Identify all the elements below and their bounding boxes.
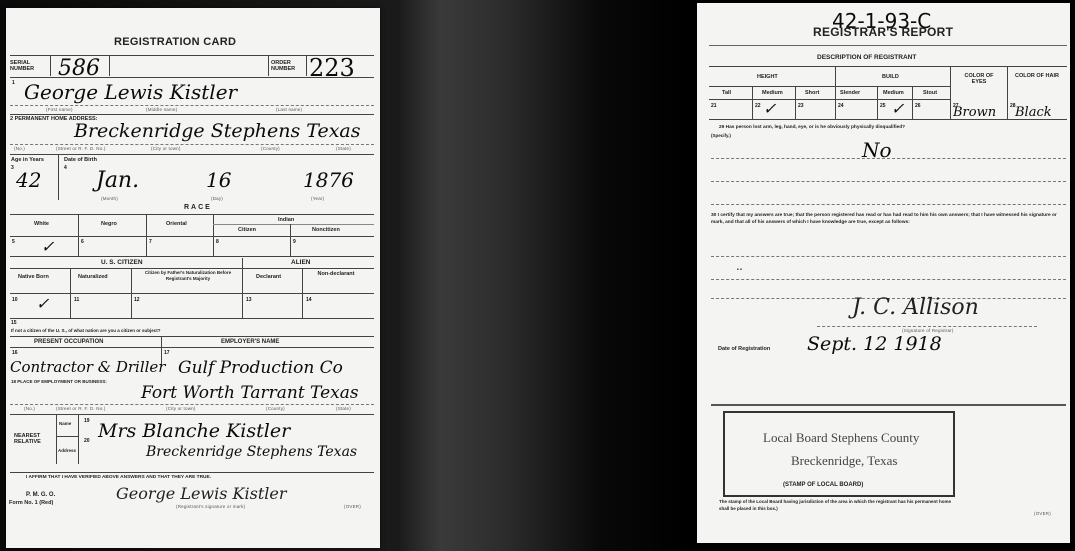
alien-col-declarant: Declarant [256,274,281,280]
sublabel: (No.) [14,146,25,151]
relative-address-label: Address [58,448,76,454]
field-number: 16 [12,350,18,356]
field30-certification: 30 I certify that my answers are true; t… [711,212,1063,226]
dob-year: 1876 [303,168,354,192]
citizen-col-naturalized: Naturalized [78,274,108,280]
registrant-signature: George Lewis Kistler [116,484,286,503]
field-number: 9 [293,239,296,245]
build-header: BUILD [882,74,899,80]
field-number: 25 [880,103,886,109]
sublabel: (City or town) [151,146,181,151]
sublabel: (Month) [101,196,118,201]
eye-color-value: Brown [953,105,996,120]
stamp-note: The stamp of the Local Board having juri… [719,498,959,512]
stamp-line1: Local Board Stephens County [763,430,919,446]
height-medium-check: ✓ [763,99,776,118]
field-number: 13 [246,297,252,303]
race-col-noncitizen: Noncitizen [312,227,340,233]
card-title: REGISTRATION CARD [114,36,236,48]
registrant-name: George Lewis Kistler [24,80,237,104]
build-col-stout: Stout [923,90,937,96]
field-number: 26 [915,103,921,109]
field-number: 21 [711,103,717,109]
race-col-indian: Indian [278,217,294,223]
report-title: REGISTRAR'S REPORT [813,25,953,39]
dob-month: Jan. [96,168,139,193]
field-number: 10 [12,297,18,303]
build-col-slender: Slender [840,90,860,96]
field15-label: If not a citizen of the U. S., of what n… [11,328,161,334]
stamp-box: Local Board Stephens County Breckenridge… [723,411,955,497]
height-header: HEIGHT [757,74,778,80]
field-number: 8 [216,239,219,245]
sublabel: (No.) [24,406,35,411]
field-number: 15 [11,320,17,326]
relative-name-label: Name [59,421,71,427]
affirmation: I AFFIRM THAT I HAVE VERIFIED ABOVE ANSW… [26,475,211,481]
field29-question: 29 Has person lost arm, leg, hand, eye, … [719,125,1064,131]
field-number: 24 [838,103,844,109]
build-col-medium: Medium [883,90,904,96]
field18-label: 18 PLACE OF EMPLOYMENT OR BUSINESS: [11,379,107,385]
field-number: 1 [12,80,15,86]
field-number: 3 [11,165,14,171]
build-medium-check: ✓ [891,99,904,118]
registrars-report-card: 42-1-93-C REGISTRAR'S REPORT DESCRIPTION… [697,3,1070,543]
race-col-white: White [34,221,49,227]
native-born-check: ✓ [36,294,49,313]
height-col-medium: Medium [762,90,783,96]
race-col-citizen: Citizen [238,227,256,233]
alien-col-nondeclarant: Non-declarant [316,271,356,277]
race-white-check: ✓ [41,237,54,256]
sublabel: (County) [266,406,285,411]
field-number: 14 [306,297,312,303]
sublabel: (Year) [311,196,324,201]
employer-value: Gulf Production Co [178,358,343,378]
sublabel: (Street or R. F. D. No.) [56,146,106,151]
stamp-line2: Breckenridge, Texas [791,453,897,469]
field-number: 17 [164,350,170,356]
specify-label: (Specify.) [711,133,731,139]
field-number: 20 [84,438,90,444]
sublabel: (Street or R. F. D. No.) [56,406,106,411]
sublabel: (State) [336,146,351,151]
form-id: P. M. G. O. [26,492,55,498]
serial-label: SERIAL NUMBER [10,60,38,72]
sublabel: (Day) [211,196,223,201]
field-number: 23 [798,103,804,109]
field-number: 11 [74,297,79,303]
sublabel: (County) [261,146,280,151]
citizen-col-native: Native Born [18,274,49,280]
order-label: ORDER NUMBER [271,60,305,72]
stamp-caption: (STAMP OF LOCAL BOARD) [783,482,863,488]
sublabel: (Last name) [276,107,302,112]
relative-name: Mrs Blanche Kistler [98,420,290,442]
citizen-col-father: Citizen by Father's Naturalization Befor… [138,270,238,282]
registrar-signature: J. C. Allison [852,295,979,320]
field-number: 22 [755,103,761,109]
registration-card: REGISTRATION CARD SERIAL NUMBER 586 ORDE… [6,8,380,548]
occupation-header: PRESENT OCCUPATION [34,339,103,345]
race-col-negro: Negro [101,221,117,227]
home-address: Breckenridge Stephens Texas [74,120,361,142]
date-label: Date of Registration [718,346,770,352]
dob-day: 16 [206,168,231,192]
sublabel: (State) [336,406,351,411]
form-number: Form No. 1 (Red) [9,500,53,506]
field-number: 7 [149,239,152,245]
height-col-tall: Tall [722,90,731,96]
occupation-value: Contractor & Driller [10,358,165,376]
sublabel: (Middle name) [146,107,177,112]
height-col-short: Short [805,90,819,96]
age-label: Age in Years [11,157,44,163]
field-number: 5 [12,239,15,245]
citizen-header: U. S. CITIZEN [101,260,143,266]
employer-header: EMPLOYER'S NAME [221,339,279,345]
dob-label: Date of Birth [64,157,97,163]
field-number: 19 [84,418,90,424]
eye-color-header: COLOR OF EYES [959,73,999,85]
footer-code: (OVER) [1034,511,1051,516]
alien-header: ALIEN [291,260,311,266]
race-col-oriental: Oriental [166,221,187,227]
hair-color-header: COLOR OF HAIR [1015,73,1059,79]
field-number: 4 [64,165,67,171]
employment-place: Fort Worth Tarrant Texas [141,383,359,403]
relative-address: Breckenridge Stephens Texas [146,444,357,460]
hair-color-value: Black [1015,105,1052,120]
signature-label: (Registrant's signature or mark) [176,504,245,509]
relative-label: NEAREST RELATIVE [14,433,54,445]
age-value: 42 [16,168,41,192]
corner-code: (OVER) [344,504,361,509]
race-header: RACE [184,205,212,211]
field-number: 12 [134,297,140,303]
field-number: 6 [81,239,84,245]
registration-date: Sept. 12 1918 [807,333,942,355]
sublabel: (City or town) [166,406,196,411]
description-header: DESCRIPTION OF REGISTRANT [817,55,916,61]
sublabel: (First name) [46,107,73,112]
